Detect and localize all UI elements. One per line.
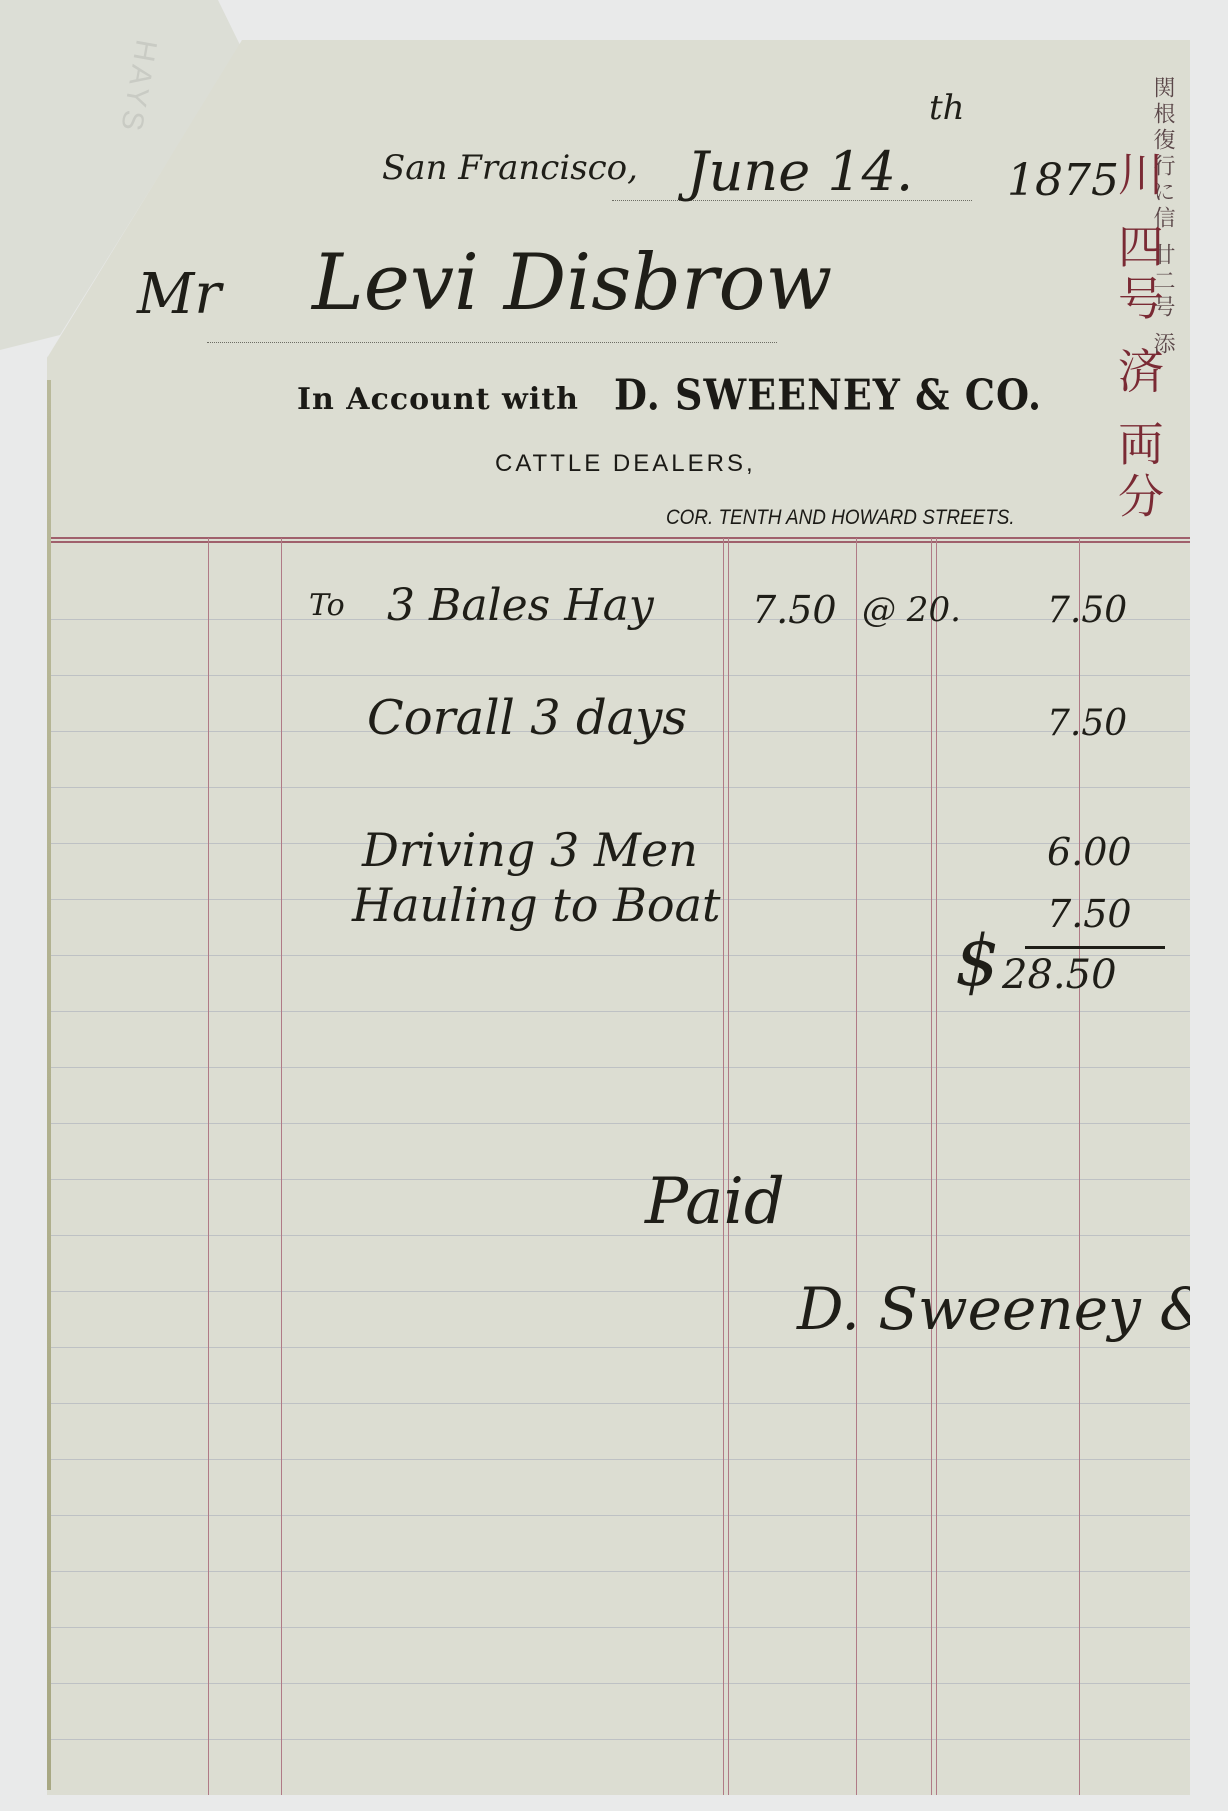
ruled-line — [47, 787, 1190, 788]
ruled-line — [47, 1403, 1190, 1404]
line-item-amount: 6.00 — [1047, 830, 1132, 874]
salutation: Mr — [137, 262, 221, 327]
firm-name: D. SWEENEY & CO. — [614, 370, 1042, 420]
ruled-line — [47, 1739, 1190, 1740]
line-item-description: Driving 3 Men — [362, 823, 698, 877]
column-rule — [208, 538, 209, 1795]
ruled-line — [47, 675, 1190, 676]
underlying-stamp-text: HAYS — [113, 37, 163, 137]
line-item-description: Hauling to Boat — [352, 878, 721, 932]
column-rule — [856, 538, 857, 1795]
invoice-page: San Francisco, June 14. th 1875 Mr Levi … — [47, 40, 1190, 1795]
date-suffix: th — [929, 88, 965, 128]
ruled-line — [47, 1627, 1190, 1628]
place-label: San Francisco, — [382, 148, 638, 188]
ruled-line — [47, 1515, 1190, 1516]
ruled-line — [47, 1235, 1190, 1236]
ruled-line — [47, 1011, 1190, 1012]
total-amount: 28.50 — [1002, 952, 1117, 998]
line-item-amount: 7.50 — [1047, 892, 1132, 936]
line-item-description: Corall 3 days — [367, 690, 687, 746]
page-edge-shadow — [47, 380, 51, 1790]
column-rule — [281, 538, 282, 1795]
ruled-line — [47, 1683, 1190, 1684]
total-currency-symbol: $ — [955, 920, 1000, 1002]
line-item-prefix: To — [309, 588, 345, 623]
ruled-line — [47, 1067, 1190, 1068]
line-item-amount: 7.50 — [1047, 703, 1127, 744]
line-item-description: 3 Bales Hay — [387, 580, 654, 631]
date-year: 1875 — [1007, 155, 1119, 206]
paid-label: Paid — [645, 1165, 785, 1239]
business-type: CATTLE DEALERS, — [495, 450, 756, 478]
header-double-rule — [47, 537, 1190, 543]
ruled-line — [47, 1347, 1190, 1348]
line-item-amount: 7.50 — [1047, 590, 1127, 631]
column-rule — [931, 538, 937, 1795]
ruled-line — [47, 1179, 1190, 1180]
line-item-rate: 7.50 — [752, 588, 837, 632]
customer-name: Levi Disbrow — [312, 238, 832, 328]
firm-address: COR. TENTH AND HOWARD STREETS. — [666, 506, 1015, 530]
account-prefix: In Account with — [297, 382, 579, 417]
margin-note-red: 川 四号 済 両分 — [1105, 150, 1171, 524]
ruled-line — [47, 1571, 1190, 1572]
name-dotted-line — [207, 342, 777, 343]
ruled-line — [47, 1123, 1190, 1124]
date-month-day: June 14. — [687, 140, 913, 203]
signature: D. Sweeney & Co. — [797, 1275, 1228, 1343]
ruled-line — [47, 1459, 1190, 1460]
sum-underline — [1025, 946, 1165, 949]
line-item-at: @ 20. — [862, 590, 961, 630]
